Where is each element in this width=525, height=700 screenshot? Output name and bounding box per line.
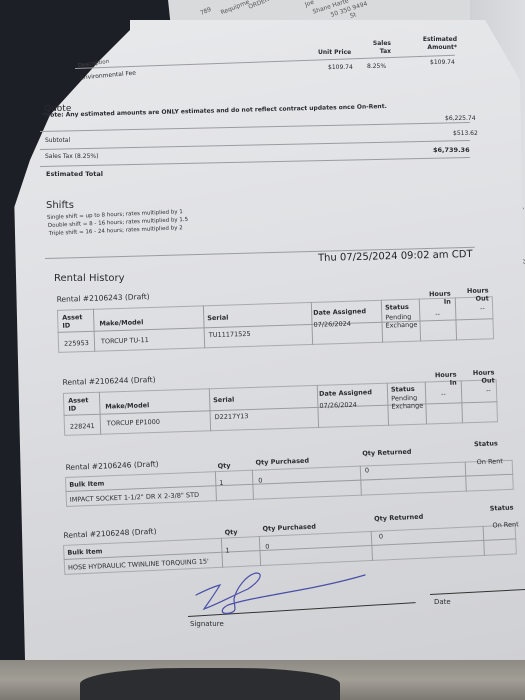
header-status: Status <box>391 385 415 394</box>
header-status: Status <box>490 504 514 513</box>
cell-status: Pending Exchange <box>385 313 417 330</box>
quote-label-total: Estimated Total <box>46 170 103 178</box>
date-label: Date <box>434 598 451 606</box>
cell-status: On Rent <box>477 457 503 466</box>
cell-make-model: TORCUP EP1000 <box>107 418 160 428</box>
header-asset-id: Asset ID <box>62 313 90 330</box>
signature-label: Signature <box>190 620 224 628</box>
rental-asset-table: Rental #2106244 (Draft) Asset ID Make/Mo… <box>60 351 507 445</box>
cell-make-model: TORCUP TU-11 <box>101 336 149 346</box>
handwritten-signature-icon <box>190 565 420 620</box>
header-serial: Serial <box>213 396 234 405</box>
header-make-model: Make/Model <box>105 401 149 410</box>
quote-rule <box>40 122 470 132</box>
fee-estimated-amount: $109.74 <box>430 59 455 66</box>
header-bulk-item: Bulk Item <box>67 547 102 557</box>
header-date-assigned: Date Assigned <box>319 388 372 398</box>
quote-value-total: $6,739.36 <box>433 146 470 154</box>
fee-unit-price: $109.74 <box>328 64 353 71</box>
cell-qty-purchased: 0 <box>258 476 262 484</box>
header-date-assigned: Date Assigned <box>313 307 366 317</box>
header-hours-in: Hours In <box>421 290 451 307</box>
cell-date-assigned: 07/26/2024 <box>319 401 357 410</box>
header-hours-out: Hours Out <box>458 286 488 303</box>
quote-label-subtotal: Subtotal <box>45 137 70 144</box>
cell-qty-purchased: 0 <box>265 543 269 551</box>
cell-status: Pending Exchange <box>391 394 423 411</box>
rental-title: Rental #2106246 (Draft) <box>65 459 158 472</box>
rental-bulk-table: Rental #2106246 (Draft) Bulk Item Qty Qt… <box>64 435 516 512</box>
cell-qty: 1 <box>225 546 229 554</box>
header-make-model: Make/Model <box>99 318 143 327</box>
header-estimated-amount: Estimated Amount* <box>417 36 457 52</box>
date-line[interactable] <box>430 589 525 595</box>
header-status: Status <box>385 303 409 312</box>
header-qty-returned: Qty Returned <box>374 513 423 523</box>
cell-hours-out: -- <box>480 304 485 312</box>
fee-sales-tax: 8.25% <box>367 63 386 70</box>
header-bulk-item: Bulk Item <box>69 479 104 488</box>
quote-label-tax: Sales Tax (8.25%) <box>45 153 98 160</box>
quote-note: *Note: Any estimated amounts are ONLY es… <box>42 103 387 119</box>
header-hours-out: Hours Out <box>464 368 494 385</box>
header-unit-price: Unit Price <box>318 49 351 56</box>
rental-title: Rental #2106248 (Draft) <box>63 527 156 540</box>
fee-header-rule <box>75 55 455 69</box>
cell-qty-returned: 0 <box>379 532 383 540</box>
header-hours-in: Hours In <box>426 371 456 388</box>
cell-asset-id: 225953 <box>64 339 89 348</box>
rental-title: Rental #2106243 (Draft) <box>56 292 149 304</box>
fee-description: Environmental Fee <box>80 70 136 82</box>
header-sales-tax: Sales Tax <box>367 40 391 56</box>
cell-hours-in: -- <box>435 310 440 318</box>
header-qty-purchased: Qty Purchased <box>262 522 316 532</box>
rental-asset-table: Rental #2106243 (Draft) Asset ID Make/Mo… <box>54 266 501 360</box>
cell-qty-returned: 0 <box>365 466 369 474</box>
header-qty: Qty <box>224 528 237 537</box>
header-qty-returned: Qty Returned <box>362 448 411 458</box>
cell-serial: D2217Y13 <box>215 412 249 421</box>
cell-asset-id: 228241 <box>70 422 95 431</box>
cell-status: On Rent <box>492 520 519 529</box>
quote-rule <box>40 157 470 167</box>
rental-title: Rental #2106244 (Draft) <box>62 375 155 387</box>
header-asset-id: Asset ID <box>68 396 96 413</box>
header-qty: Qty <box>218 462 231 470</box>
document: Unit Price Sales Tax Estimated Amount* D… <box>0 0 525 700</box>
header-serial: Serial <box>207 314 228 323</box>
fee-table: Unit Price Sales Tax Estimated Amount* D… <box>0 0 525 100</box>
cell-date-assigned: 07/26/2024 <box>313 320 351 329</box>
cell-qty: 1 <box>219 479 223 487</box>
quote-value-subtotal: $6,225.74 <box>445 115 476 122</box>
cell-hours-in: -- <box>441 390 446 398</box>
header-status: Status <box>474 439 498 448</box>
quote-value-tax: $513.62 <box>453 130 478 137</box>
cell-hours-out: -- <box>486 386 491 394</box>
quote-rule <box>40 140 470 150</box>
shifts-title: Shifts <box>46 200 74 211</box>
cell-serial: TU11171525 <box>209 330 251 339</box>
header-qty-purchased: Qty Purchased <box>255 457 309 467</box>
